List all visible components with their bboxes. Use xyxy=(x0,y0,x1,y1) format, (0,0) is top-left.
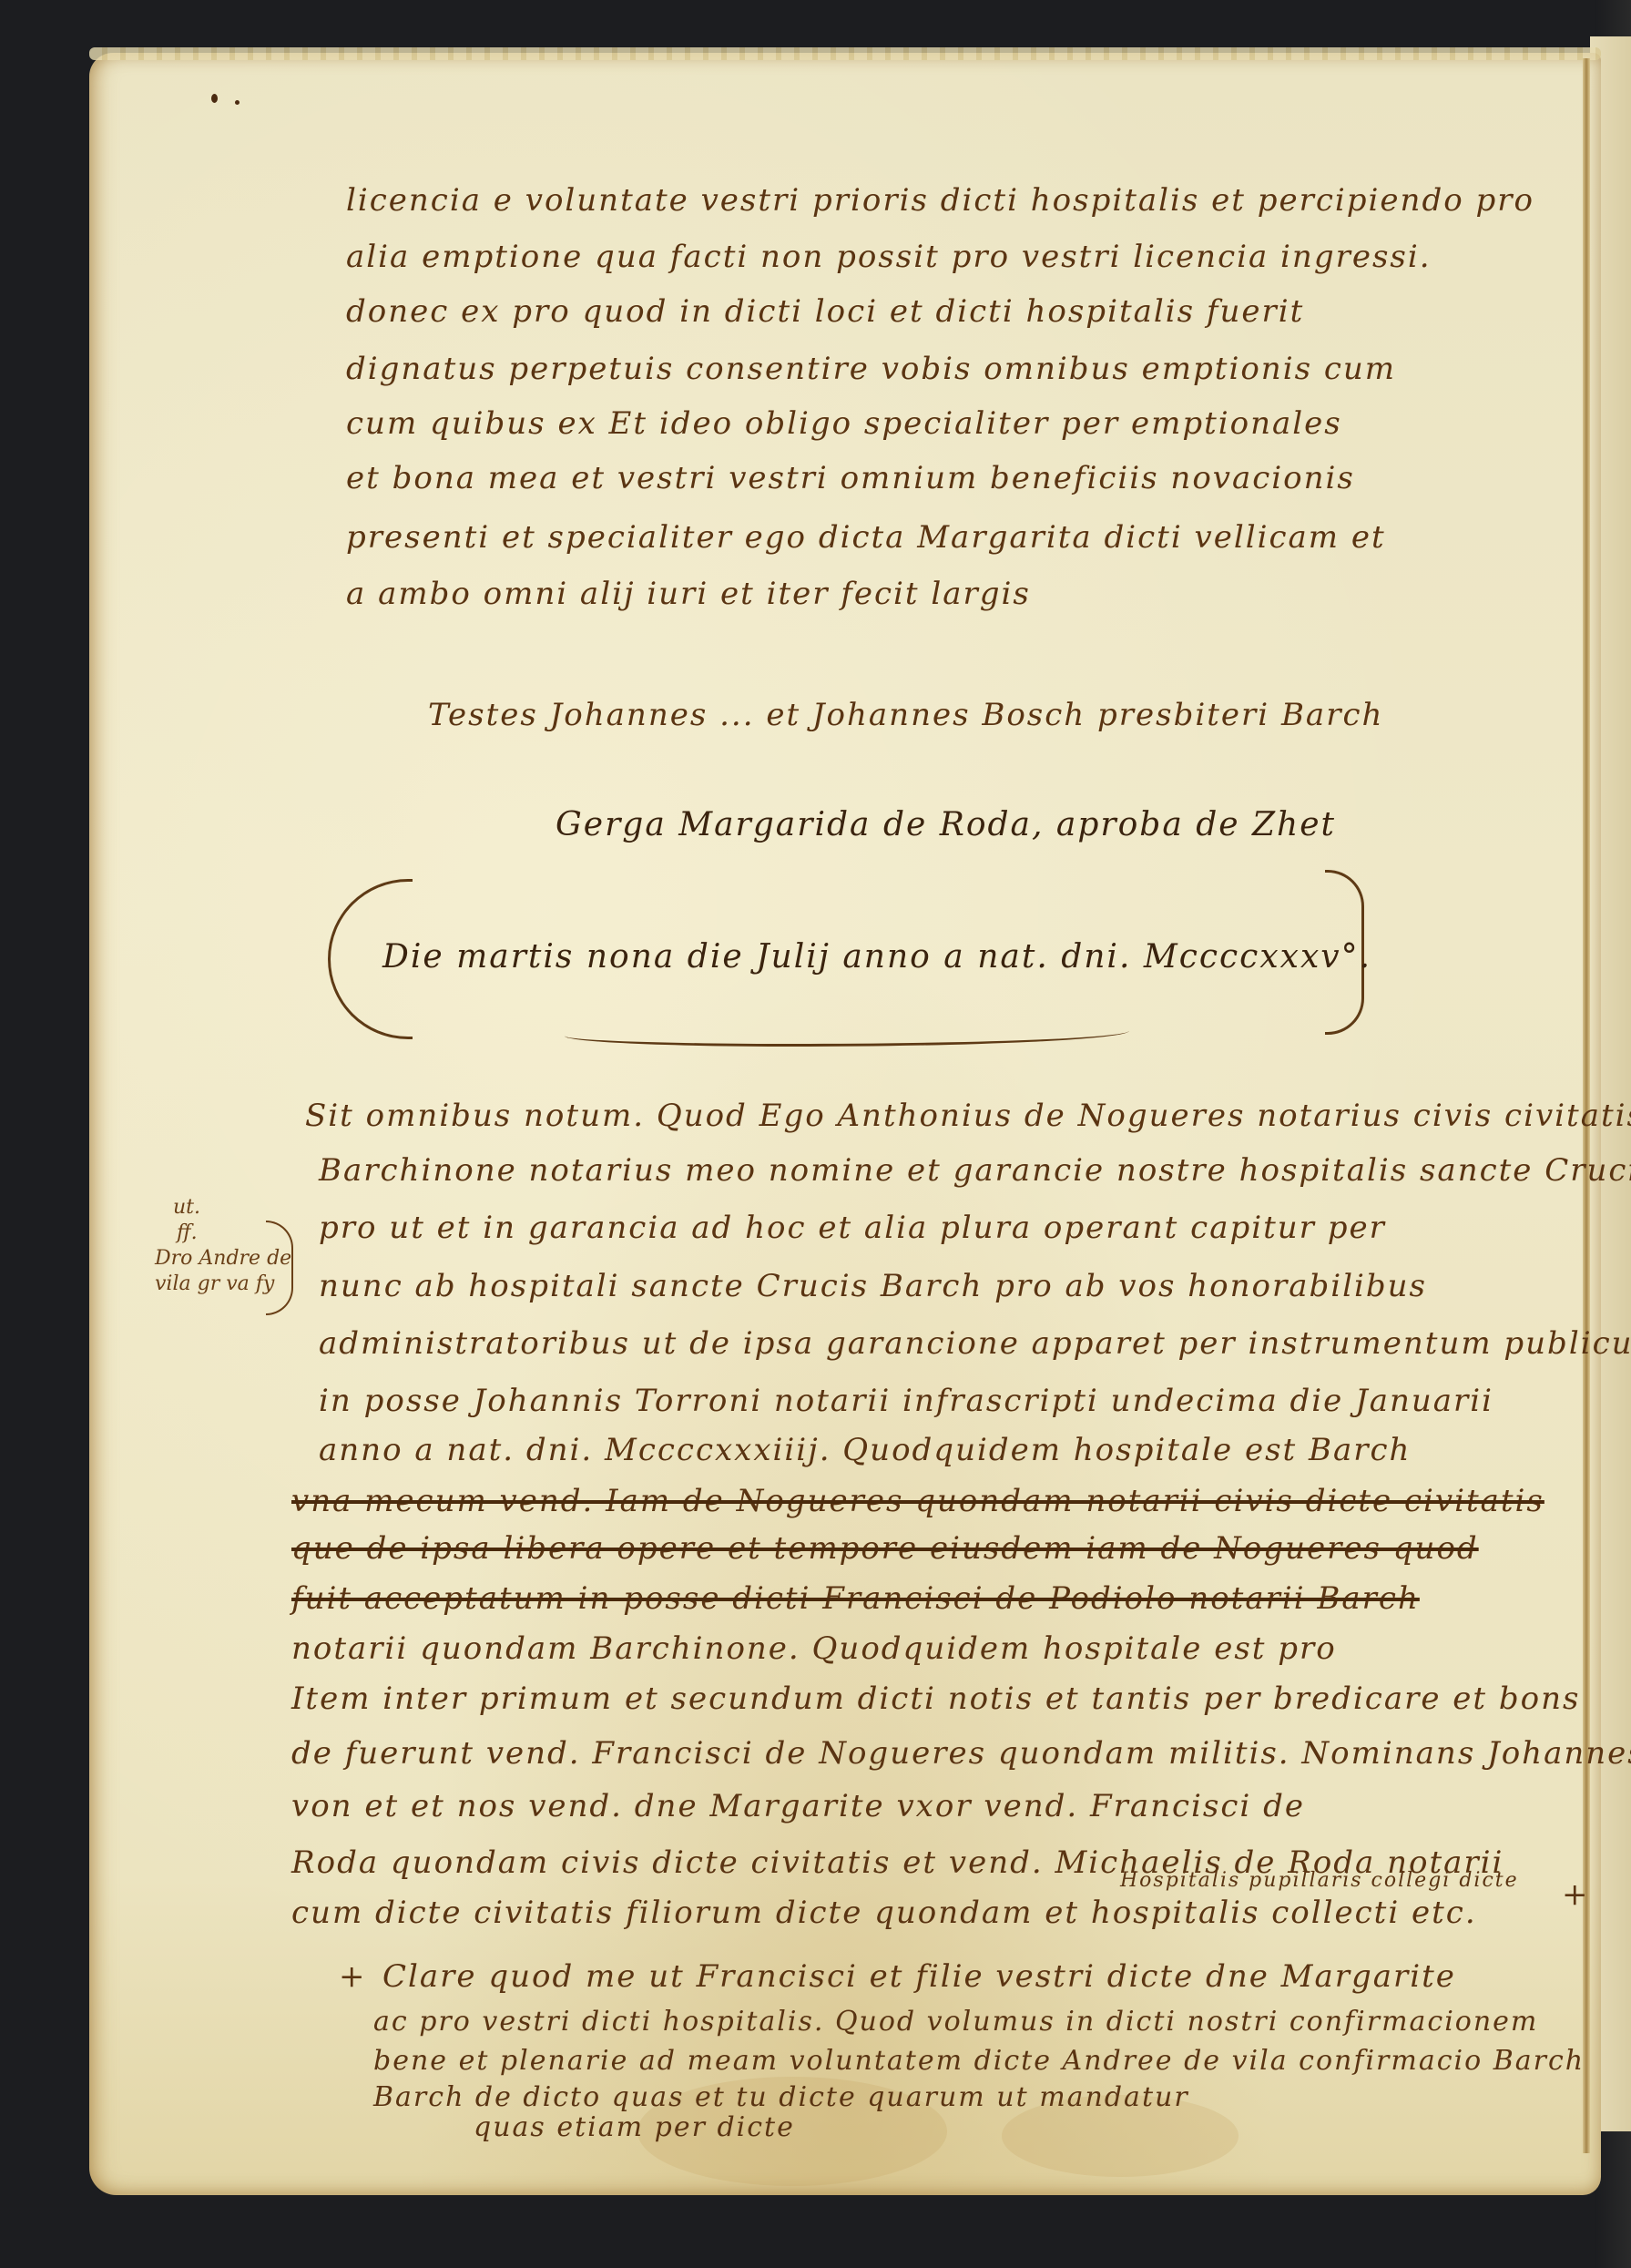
margin-note-bracket xyxy=(266,1221,293,1315)
text-line: von et et nos vend. dne Margarite vxor v… xyxy=(291,1788,1305,1824)
text-line: cum dicte civitatis filiorum dicte quond… xyxy=(291,1895,1477,1931)
text-line: dignatus perpetuis consentire vobis omni… xyxy=(346,351,1396,387)
struck-text-line: vna mecum vend. Iam de Nogueres quondam … xyxy=(291,1483,1544,1519)
rubric-heading: Gerga Margarida de Roda, aproba de Zhet xyxy=(556,806,1336,843)
struck-text-line: fuit acceptatum in posse dicti Francisci… xyxy=(291,1580,1420,1617)
text-line: donec ex pro quod in dicti loci et dicti… xyxy=(346,293,1304,330)
margin-note-line: ut. xyxy=(155,1195,291,1221)
witness-line: Testes Johannes ... et Johannes Bosch pr… xyxy=(428,697,1383,733)
text-line: ac pro vestri dicti hospitalis. Quod vol… xyxy=(373,2006,1538,2038)
text-line: bene et plenarie ad meam voluntatem dict… xyxy=(373,2045,1585,2077)
text-line: anno a nat. dni. Mccccxxxiiij. Quodquide… xyxy=(319,1432,1411,1468)
date-heading: Die martis nona die Julij anno a nat. dn… xyxy=(382,938,1371,976)
interlinear-insert: Hospitalis pupillaris collegi dicte xyxy=(1120,1869,1519,1892)
text-line: a ambo omni alij iuri et iter fecit larg… xyxy=(346,576,1031,612)
ink-dot xyxy=(211,94,218,103)
text-line: administratoribus ut de ipsa garancione … xyxy=(319,1325,1631,1362)
text-line: quas etiam per dicte xyxy=(474,2111,795,2143)
text-line: Barchinone notarius meo nomine et garanc… xyxy=(319,1152,1631,1189)
torn-top-edge xyxy=(89,47,1601,60)
right-margin-mark: + xyxy=(1562,1876,1590,1913)
text-line: cum quibus ex Et ideo obligo specialiter… xyxy=(346,405,1342,442)
text-line: Sit omnibus notum. Quod Ego Anthonius de… xyxy=(305,1098,1631,1134)
text-line: notarii quondam Barchinone. Quodquidem h… xyxy=(291,1630,1337,1667)
text-line: nunc ab hospitali sancte Crucis Barch pr… xyxy=(319,1268,1427,1304)
text-line: presenti et specialiter ego dicta Margar… xyxy=(346,519,1386,556)
ink-dot xyxy=(235,100,240,105)
text-line: et bona mea et vestri vestri omnium bene… xyxy=(346,460,1355,496)
text-line: pro ut et in garancia ad hoc et alia plu… xyxy=(319,1210,1386,1246)
text-line: Clare quod me ut Francisci et filie vest… xyxy=(382,1958,1456,1995)
text-line: alia emptione qua facti non possit pro v… xyxy=(346,239,1432,275)
text-line: in posse Johannis Torroni notarii infras… xyxy=(319,1383,1493,1419)
text-line: Barch de dicto quas et tu dicte quarum u… xyxy=(373,2081,1189,2113)
text-line: Item inter primum et secundum dicti noti… xyxy=(291,1681,1580,1717)
paragraph-marker: + xyxy=(339,1958,367,1995)
text-line: de fuerunt vend. Francisci de Nogueres q… xyxy=(291,1735,1631,1772)
struck-text-line: que de ipsa libera opere et tempore eius… xyxy=(291,1530,1479,1567)
text-line: licencia e voluntate vestri prioris dict… xyxy=(346,182,1534,219)
